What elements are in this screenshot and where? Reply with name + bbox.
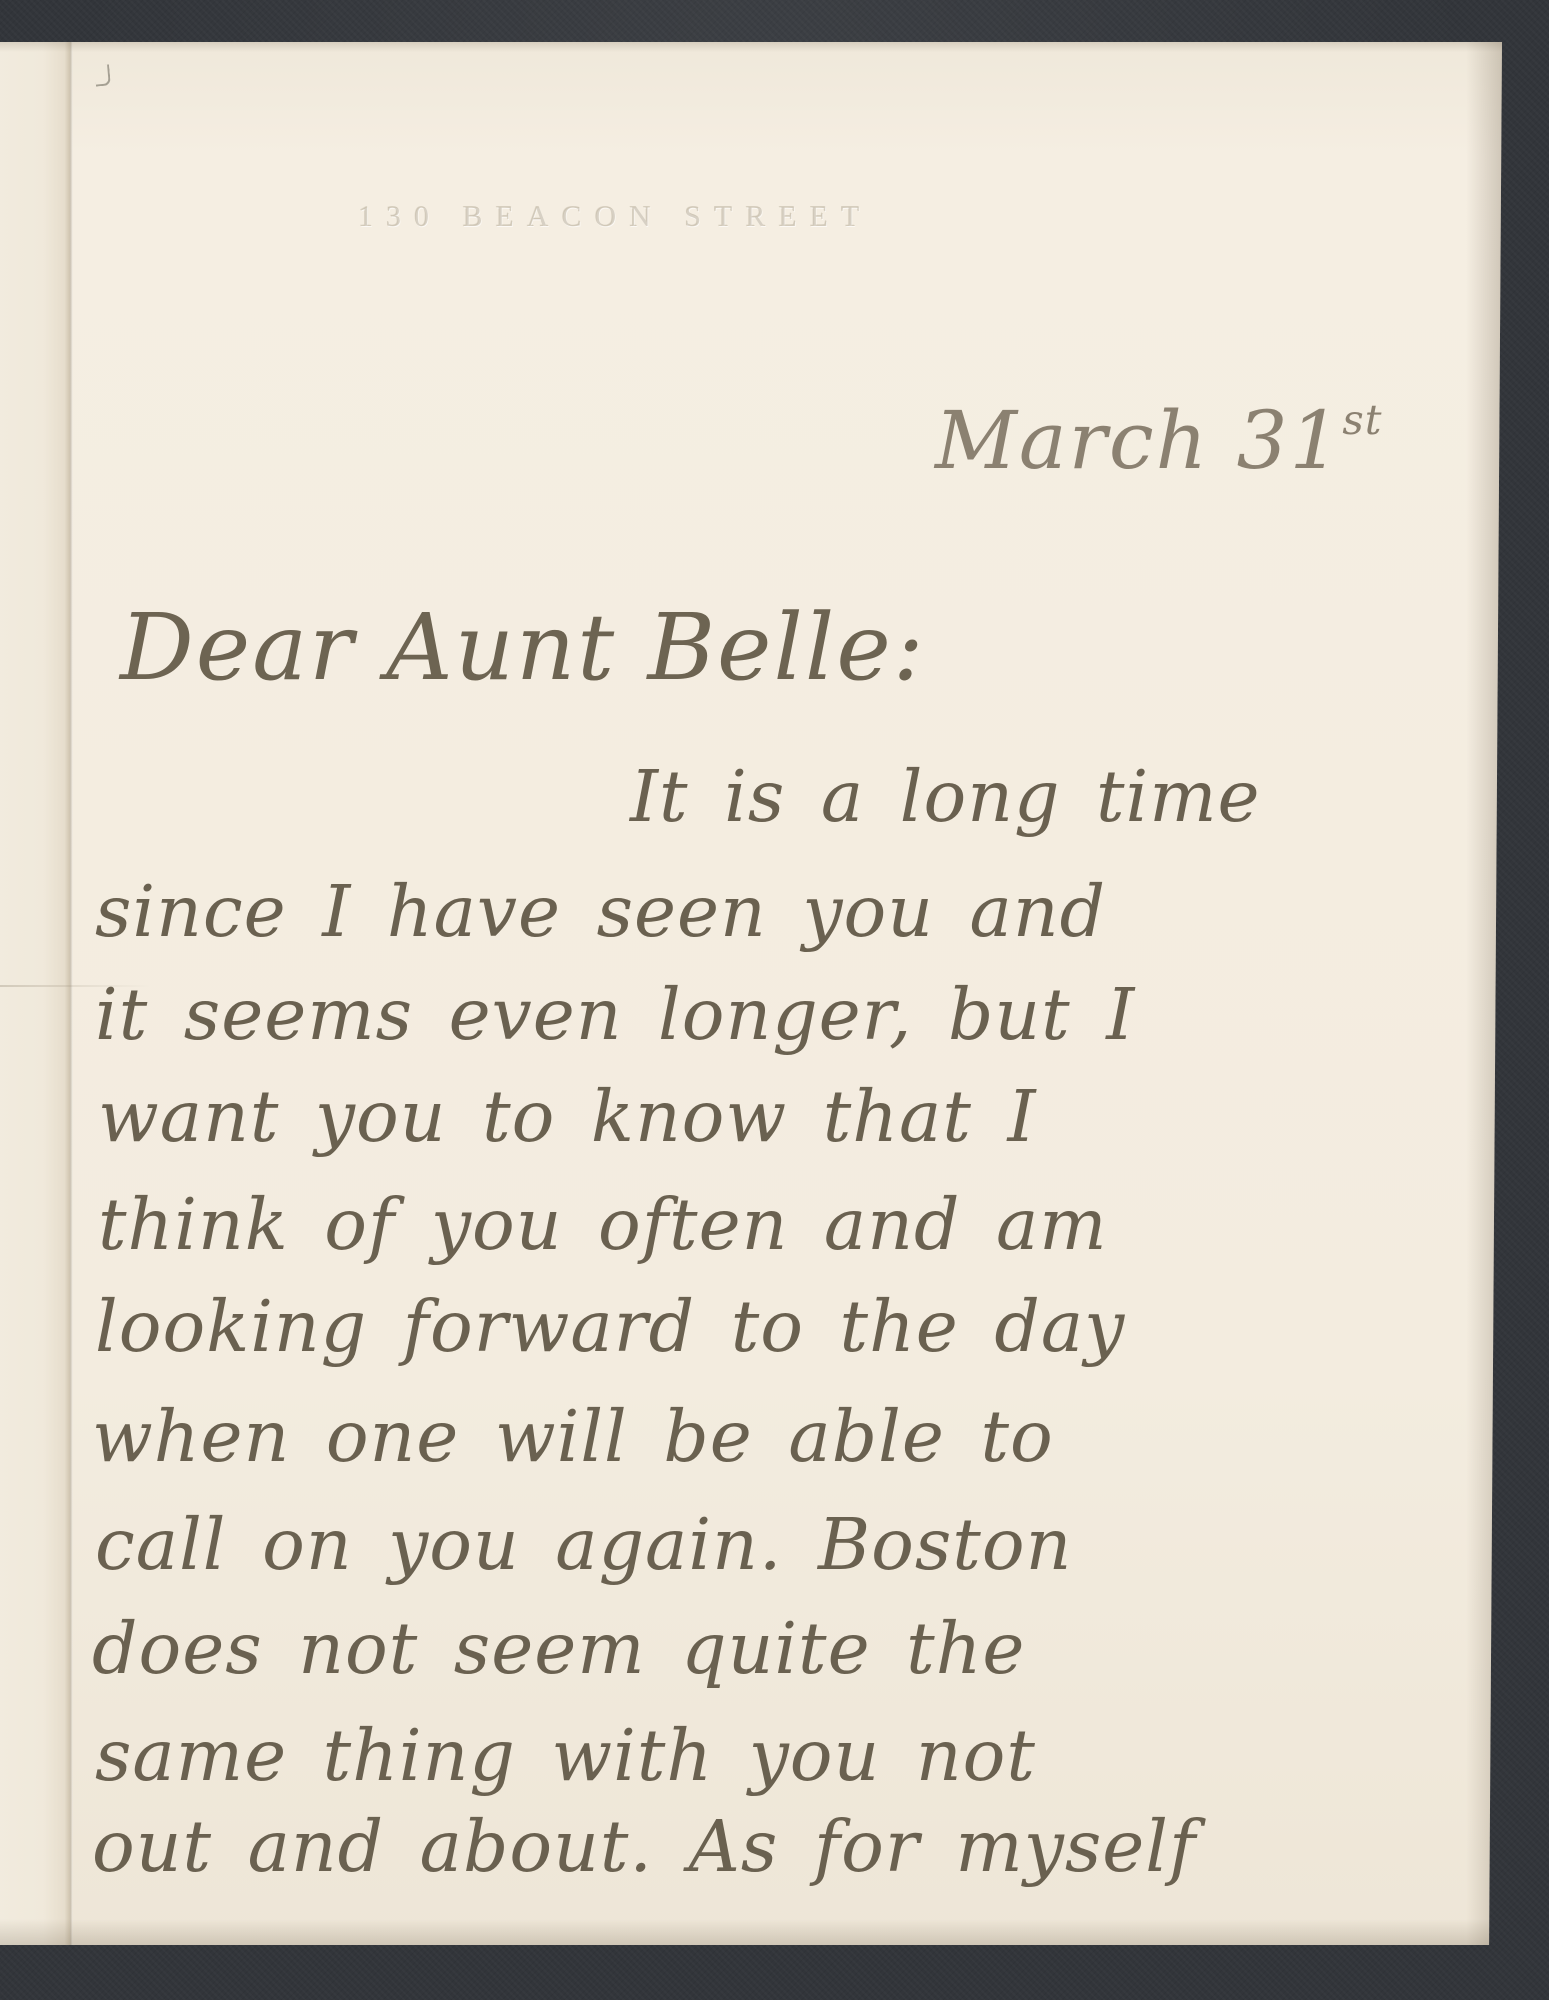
handwritten-line-3: it seems even longer, but I [95,973,1135,1056]
handwritten-line-10: same thing with you not [95,1714,1036,1797]
handwritten-line-1: It is a long time [630,755,1261,838]
handwritten-line-7: when one will be able to [92,1395,1054,1478]
paper-top-edge-shadow [0,42,1502,52]
fold-crease-line [70,42,73,1945]
handwritten-line-6: looking forward to the day [95,1285,1125,1368]
handwritten-line-11: out and about. As for myself [92,1805,1196,1888]
handwritten-line-5: think of you often and am [98,1183,1108,1266]
page-fold-strip [0,42,70,1945]
handwritten-line-2: since I have seen you and [95,870,1106,953]
handwritten-line-9: does not seem quite the [92,1607,1025,1690]
scanned-letter-view: 130 BEACON STREET March 31st Dear Aunt B… [0,0,1549,2000]
date-text: March 31 [935,394,1342,487]
embossed-letterhead: 130 BEACON STREET [358,202,872,232]
date-line: March 31st [935,394,1382,487]
pencil-mark [94,64,111,86]
handwritten-line-4: want you to know that I [98,1075,1037,1158]
handwritten-line-8: call on you again. Boston [95,1503,1072,1586]
salutation: Dear Aunt Belle: [120,594,926,701]
letter-page: 130 BEACON STREET March 31st Dear Aunt B… [0,42,1502,1945]
date-ordinal: st [1342,395,1382,444]
paper-bottom-edge-shadow [0,1919,1502,1945]
